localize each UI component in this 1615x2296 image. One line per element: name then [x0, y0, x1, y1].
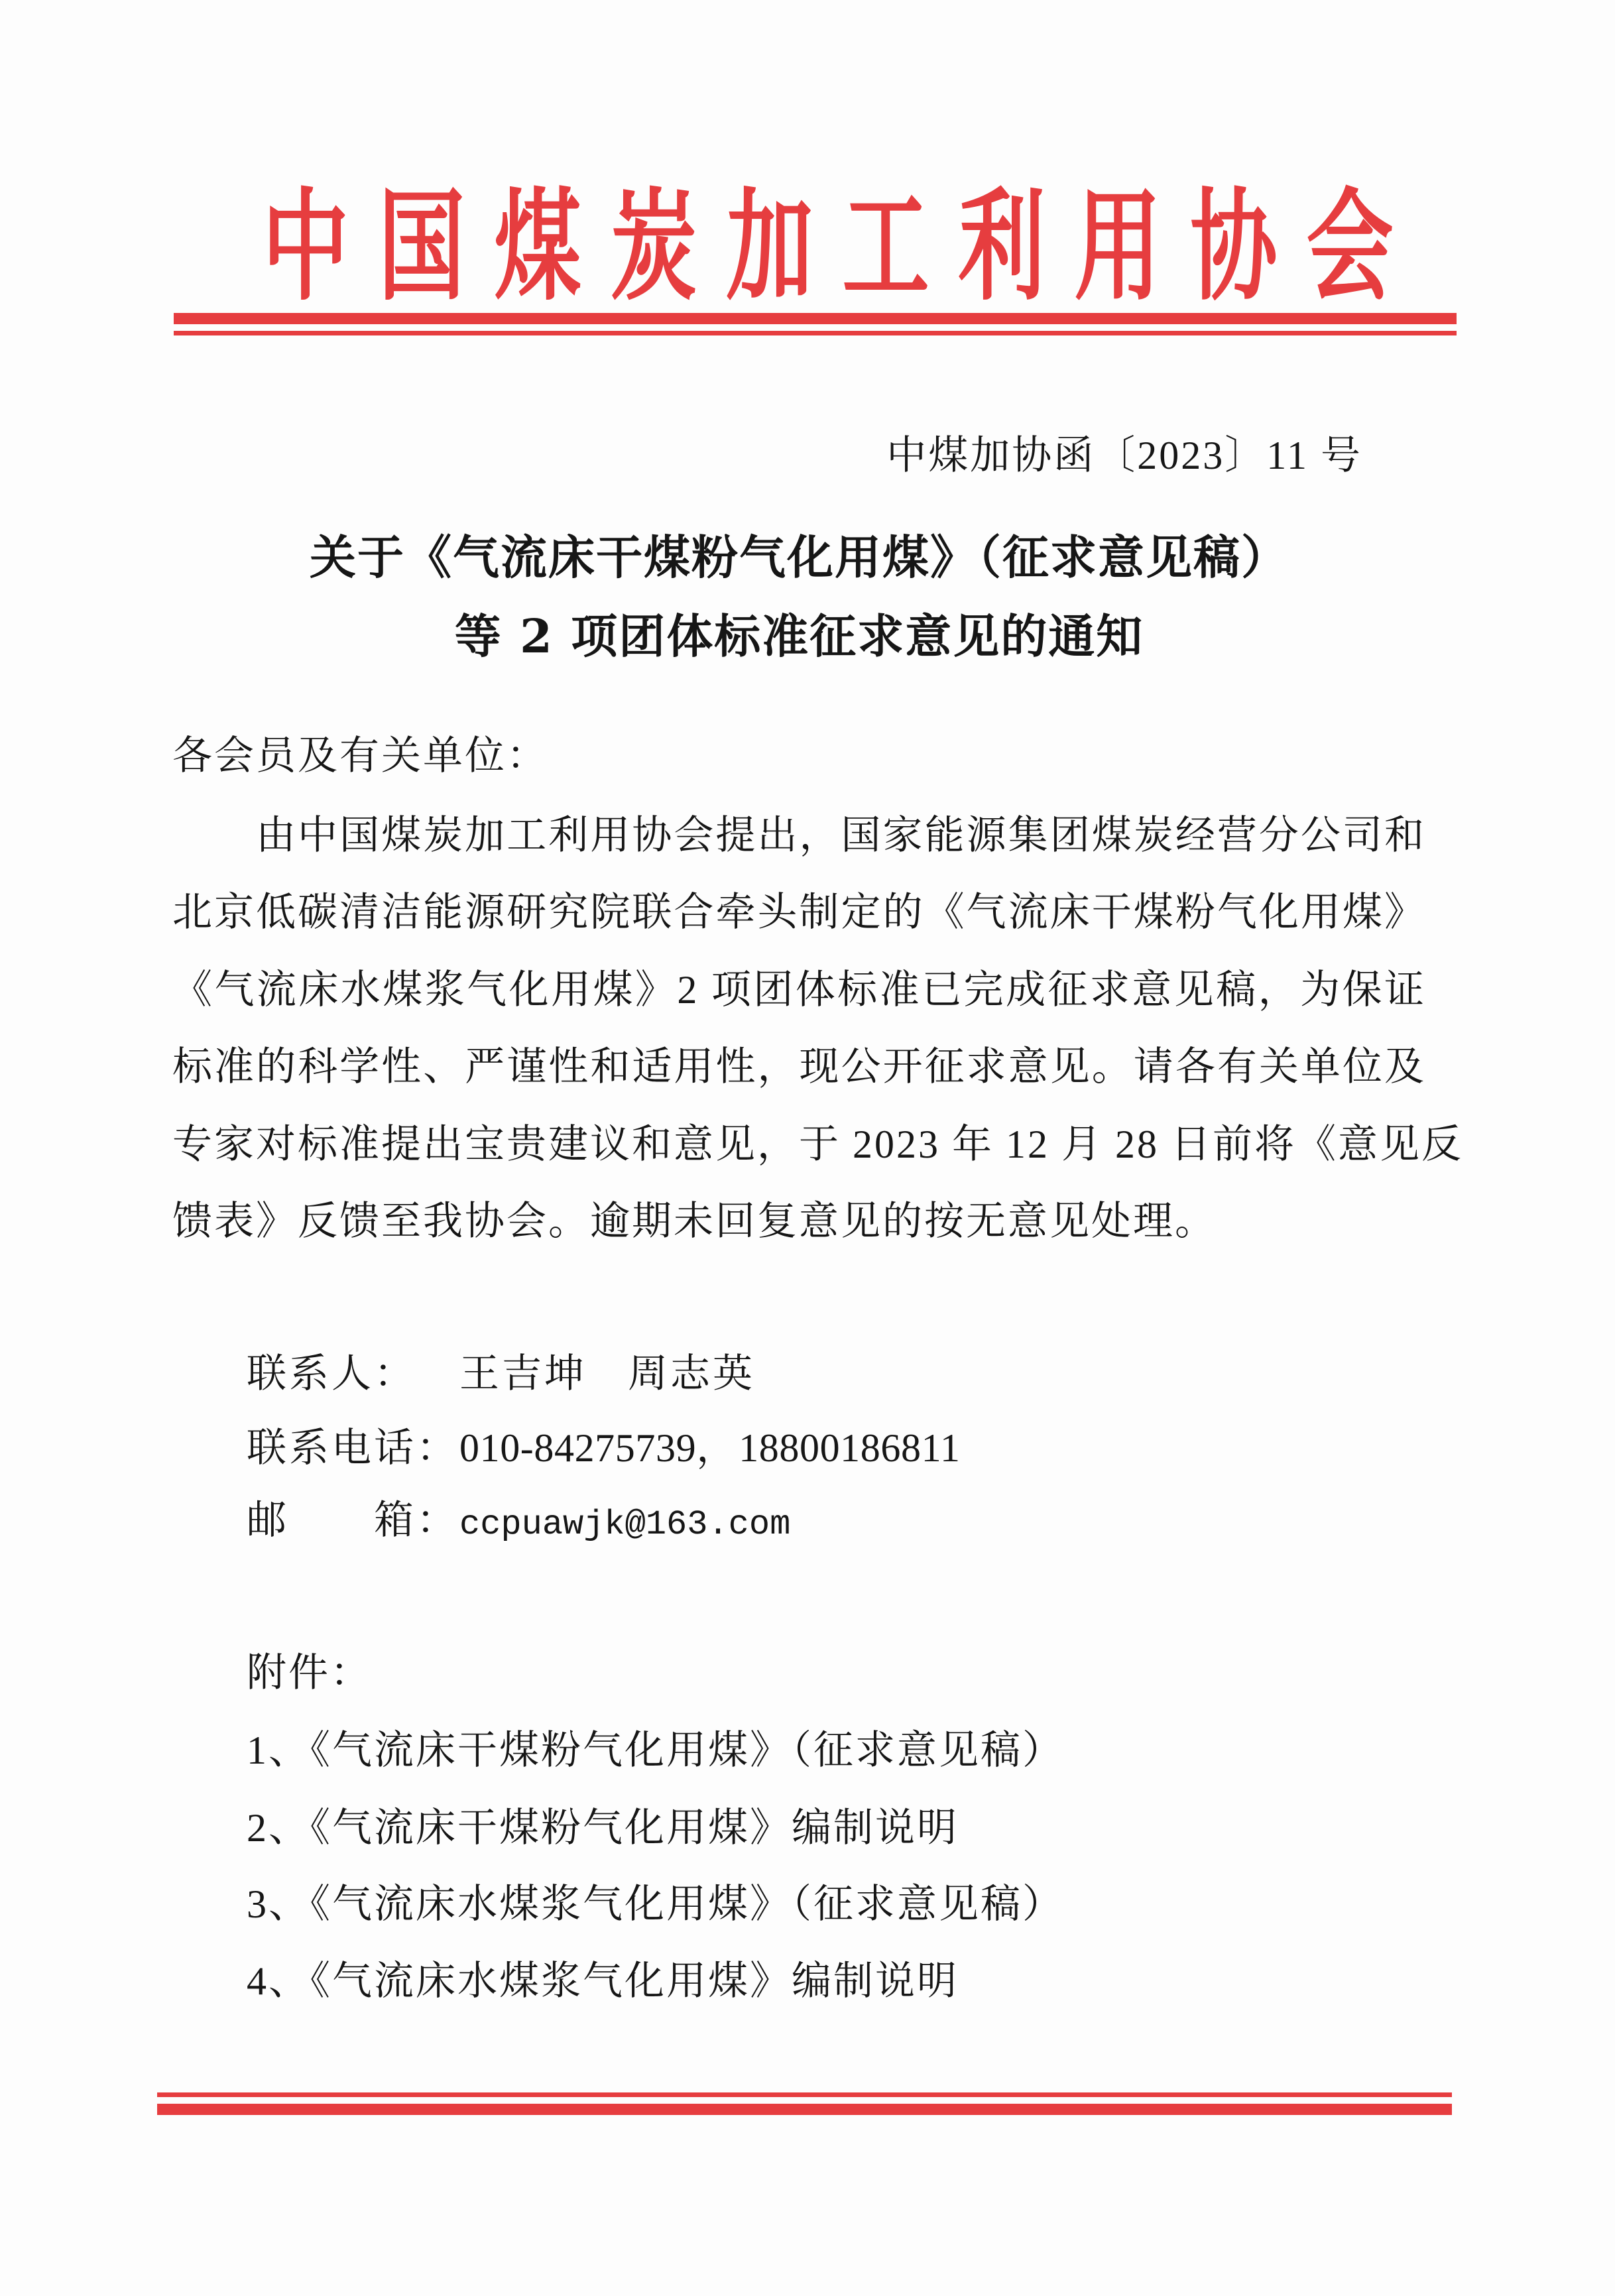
contact-person-name: 王吉坤 — [459, 1351, 587, 1397]
body-line: 专家对标准提出宝贵建议和意见，于 2023 年 12 月 28 日前将《意见反 — [172, 1121, 1426, 1168]
letterhead-char: 中 — [263, 186, 322, 306]
letterhead-char: 工 — [843, 186, 902, 306]
attachment-item: 3、《气流床水煤浆气化用煤》（征求意见稿） — [247, 1881, 1064, 1927]
contact-person-row: 联系人：王吉坤周志英 — [247, 1351, 755, 1397]
letterhead-char: 会 — [1307, 186, 1366, 306]
contact-email-label: 邮 箱： — [247, 1497, 459, 1543]
contact-phone-row: 联系电话：010-84275739，18800186811 — [247, 1425, 961, 1471]
contact-phone-mobile: 18800186811 — [739, 1425, 960, 1471]
body-line: 北京低碳清洁能源研究院联合牵头制定的《气流床干煤粉气化用煤》 — [172, 889, 1426, 936]
letterhead-char: 协 — [1191, 186, 1250, 306]
attachments-heading: 附件： — [247, 1650, 372, 1696]
letterhead-char: 国 — [379, 186, 438, 306]
body-line: 标准的科学性、严谨性和适用性，现公开征求意见。请各有关单位及 — [172, 1044, 1426, 1090]
document-number: 中煤加协函〔2023〕11 号 — [886, 432, 1362, 479]
letterhead-char: 利 — [959, 186, 1018, 306]
footer-rule-thin — [157, 2092, 1452, 2097]
attachment-item: 1、《气流床干煤粉气化用煤》（征求意见稿） — [247, 1727, 1064, 1774]
document-title-line-2: 等 2 项团体标准征求意见的通知 — [172, 608, 1426, 665]
body-line: 《气流床水煤浆气化用煤》2 项团体标准已完成征求意见稿，为保证 — [172, 967, 1426, 1013]
contact-phone-landline: 010-84275739 — [459, 1425, 696, 1471]
letterhead-char: 加 — [727, 186, 786, 306]
document-title-line-1: 关于《气流床干煤粉气化用煤》（征求意见稿） — [172, 529, 1426, 586]
contact-email-row: 邮 箱：ccpuawjk@163.com — [247, 1497, 790, 1548]
body-line: 馈表》反馈至我协会。逾期未回复意见的按无意见处理。 — [172, 1198, 1426, 1244]
letterhead-org-name: 中 国 煤 炭 加 工 利 用 协 会 — [251, 186, 1378, 306]
salutation: 各会员及有关单位： — [172, 733, 548, 779]
footer-rule-thick — [157, 2104, 1452, 2115]
contact-person-label: 联系人： — [247, 1351, 459, 1397]
letterhead-rule-thin — [174, 331, 1457, 335]
letterhead-char: 煤 — [495, 186, 554, 306]
attachment-item: 2、《气流床干煤粉气化用煤》编制说明 — [247, 1805, 959, 1851]
contact-person-name: 周志英 — [628, 1351, 755, 1397]
letterhead-rule-thick — [174, 313, 1457, 324]
letterhead-char: 炭 — [611, 186, 670, 306]
body-line: 由中国煤炭加工利用协会提出，国家能源集团煤炭经营分公司和 — [172, 812, 1426, 859]
letterhead-char: 用 — [1075, 186, 1134, 306]
contact-phone-separator: ， — [696, 1425, 739, 1471]
contact-email-address: ccpuawjk@163.com — [459, 1502, 790, 1548]
attachment-item: 4、《气流床水煤浆气化用煤》编制说明 — [247, 1958, 959, 2004]
contact-phone-label: 联系电话： — [247, 1425, 459, 1471]
document-page: 中 国 煤 炭 加 工 利 用 协 会 中煤加协函〔2023〕11 号 关于《气… — [0, 0, 1615, 2296]
